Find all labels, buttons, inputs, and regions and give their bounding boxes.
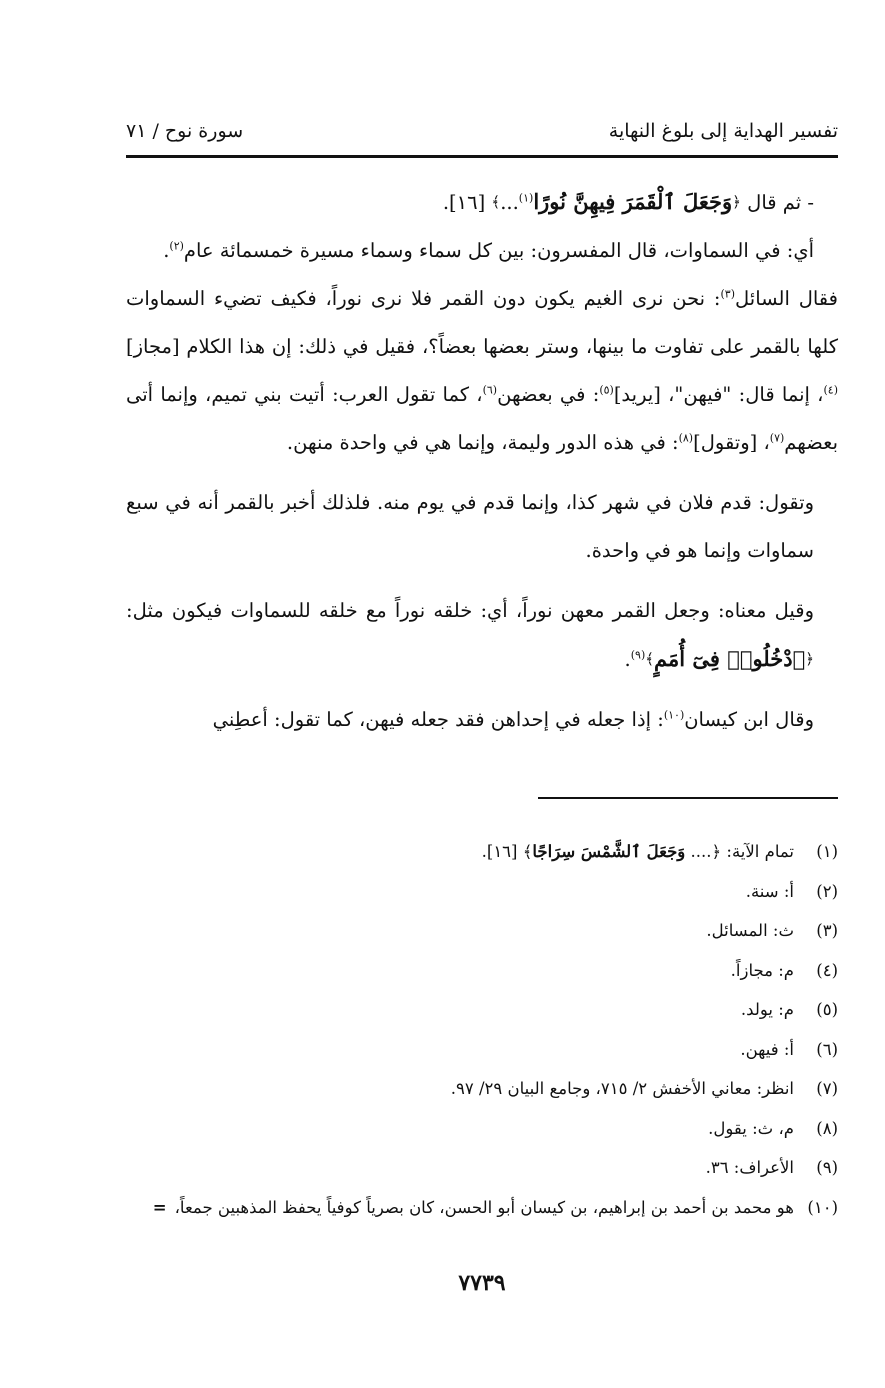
text-run: ، إنما قال: "فيهن"، [يريد]: [614, 383, 824, 406]
footnote-ref-7[interactable]: (٧): [770, 432, 785, 445]
text-run: ﴾ [١٦].: [482, 842, 533, 861]
text-run: : في هذه الدور وليمة، وإنما هي في واحدة …: [287, 431, 679, 454]
footnote-9: (٩) الأعراف: ٣٦.: [86, 1148, 838, 1188]
footnote-ref-3[interactable]: (٣): [720, 288, 735, 301]
footnote-number: (٢): [794, 872, 838, 912]
text-run: : إذا جعله في إحداهن فقد جعله فيهن، كما …: [213, 708, 664, 731]
footnote-number: (٩): [794, 1148, 838, 1188]
footnote-text: انظر: معاني الأخفش ٢/ ٧١٥، وجامع البيان …: [86, 1069, 794, 1109]
footnote-text: م: مجازاً.: [86, 951, 794, 991]
footnotes: (١) تمام الآية: ﴿.... وَجَعَلَ ٱلشَّمْسَ…: [86, 832, 838, 1227]
text-run: وقيل معناه: وجعل القمر معهن نوراً، أي: خ…: [126, 599, 814, 622]
footnote-text: م: يولد.: [86, 990, 794, 1030]
footnote-ref-8[interactable]: (٨): [679, 432, 694, 445]
footnote-7: (٧) انظر: معاني الأخفش ٢/ ٧١٥، وجامع الب…: [86, 1069, 838, 1109]
footnote-text: م، ث: يقول.: [86, 1109, 794, 1149]
paragraph-1-cont: فقال السائل(٣): نحن نرى الغيم يكون دون ا…: [126, 275, 838, 467]
text-run: وتقول: قدم فلان في شهر كذا، وإنما قدم في…: [126, 491, 814, 562]
text-run: وقال ابن كيسان: [684, 708, 814, 731]
footnote-text: الأعراف: ٣٦.: [86, 1148, 794, 1188]
footnote-number: (٨): [794, 1109, 838, 1149]
paragraph-2: وتقول: قدم فلان في شهر كذا، وإنما قدم في…: [126, 479, 838, 575]
verse-open-bracket: ﴿: [732, 193, 741, 211]
footnote-ref-2[interactable]: (٢): [169, 240, 184, 253]
surah-label: سورة نوح / ٧١: [126, 120, 243, 142]
footnote-ref-5[interactable]: (٥): [599, 384, 614, 397]
footnote-number: (١): [794, 832, 838, 872]
verse-open-bracket: ﴿: [805, 650, 814, 668]
quran-verse: وَجَعَلَ ٱلْقَمَرَ فِيهِنَّ نُورًا: [533, 189, 732, 214]
verse-intro: - ثم قال: [747, 191, 814, 214]
footnote-number: (٤): [794, 951, 838, 991]
footnote-4: (٤) م: مجازاً.: [86, 951, 838, 991]
footnote-number: (١٠): [794, 1188, 838, 1228]
text-run: ، [وتقول]: [693, 431, 770, 454]
quran-verse: وَجَعَلَ ٱلشَّمْسَ سِرَاجًا: [532, 842, 685, 861]
text-run: فقال السائل: [735, 287, 838, 310]
footnote-text: هو محمد بن أحمد بن إبراهيم، بن كيسان أبو…: [86, 1188, 794, 1228]
footnote-3: (٣) ث: المسائل.: [86, 911, 838, 951]
main-text: - ثم قال ﴿وَجَعَلَ ٱلْقَمَرَ فِيهِنَّ نُ…: [126, 178, 838, 744]
footnote-number: (٥): [794, 990, 838, 1030]
footnote-text: تمام الآية: ﴿.... وَجَعَلَ ٱلشَّمْسَ سِر…: [86, 832, 794, 872]
quran-verse: ٱدْخُلُوا۟ فِىٓ أُمَمٍ: [654, 646, 805, 671]
footnote-5: (٥) م: يولد.: [86, 990, 838, 1030]
text-run: تمام الآية: ﴿....: [685, 842, 794, 861]
footnote-separator: [538, 797, 838, 799]
footnote-ref-1[interactable]: (١): [519, 192, 534, 205]
text-run: : في بعضهن: [497, 383, 599, 406]
header-rule: [126, 155, 838, 158]
footnote-ref-10[interactable]: (١٠): [664, 709, 684, 722]
footnote-text: أ: فيهن.: [86, 1030, 794, 1070]
verse-number: [١٦].: [443, 191, 485, 214]
verse-line: - ثم قال ﴿وَجَعَلَ ٱلْقَمَرَ فِيهِنَّ نُ…: [126, 178, 838, 227]
footnote-10: (١٠) هو محمد بن أحمد بن إبراهيم، بن كيسا…: [86, 1188, 838, 1228]
footnote-8: (٨) م، ث: يقول.: [86, 1109, 838, 1149]
footnote-ref-4[interactable]: (٤): [823, 384, 838, 397]
paragraph-3: وقيل معناه: وجعل القمر معهن نوراً، أي: خ…: [126, 587, 838, 684]
footnote-2: (٢) أ: سنة.: [86, 872, 838, 912]
verse-close-bracket: ﴾: [491, 193, 500, 211]
page-number: ٧٧٣٩: [126, 1270, 838, 1296]
ellipsis: ...: [500, 191, 519, 214]
text-run: هو محمد بن أحمد بن إبراهيم، بن كيسان أبو…: [175, 1198, 794, 1217]
footnote-6: (٦) أ: فيهن.: [86, 1030, 838, 1070]
footnote-text: ث: المسائل.: [86, 911, 794, 951]
footnote-number: (٣): [794, 911, 838, 951]
footnote-ref-6[interactable]: (٦): [483, 384, 498, 397]
book-page: تفسير الهداية إلى بلوغ النهاية سورة نوح …: [126, 0, 838, 1388]
running-header: تفسير الهداية إلى بلوغ النهاية سورة نوح …: [126, 108, 838, 142]
continuation-mark: =: [153, 1198, 167, 1217]
footnote-ref-9[interactable]: (٩): [631, 649, 646, 662]
footnote-number: (٦): [794, 1030, 838, 1070]
footnote-1: (١) تمام الآية: ﴿.... وَجَعَلَ ٱلشَّمْسَ…: [86, 832, 838, 872]
footnote-number: (٧): [794, 1069, 838, 1109]
book-title: تفسير الهداية إلى بلوغ النهاية: [609, 120, 838, 142]
paragraph-4: وقال ابن كيسان(١٠): إذا جعله في إحداهن ف…: [126, 696, 838, 744]
verse-close-bracket: ﴾: [645, 650, 654, 668]
paragraph-1: أي: في السماوات، قال المفسرون: بين كل سم…: [126, 227, 838, 275]
text-run: أي: في السماوات، قال المفسرون: بين كل سم…: [184, 239, 814, 262]
footnote-text: أ: سنة.: [86, 872, 794, 912]
